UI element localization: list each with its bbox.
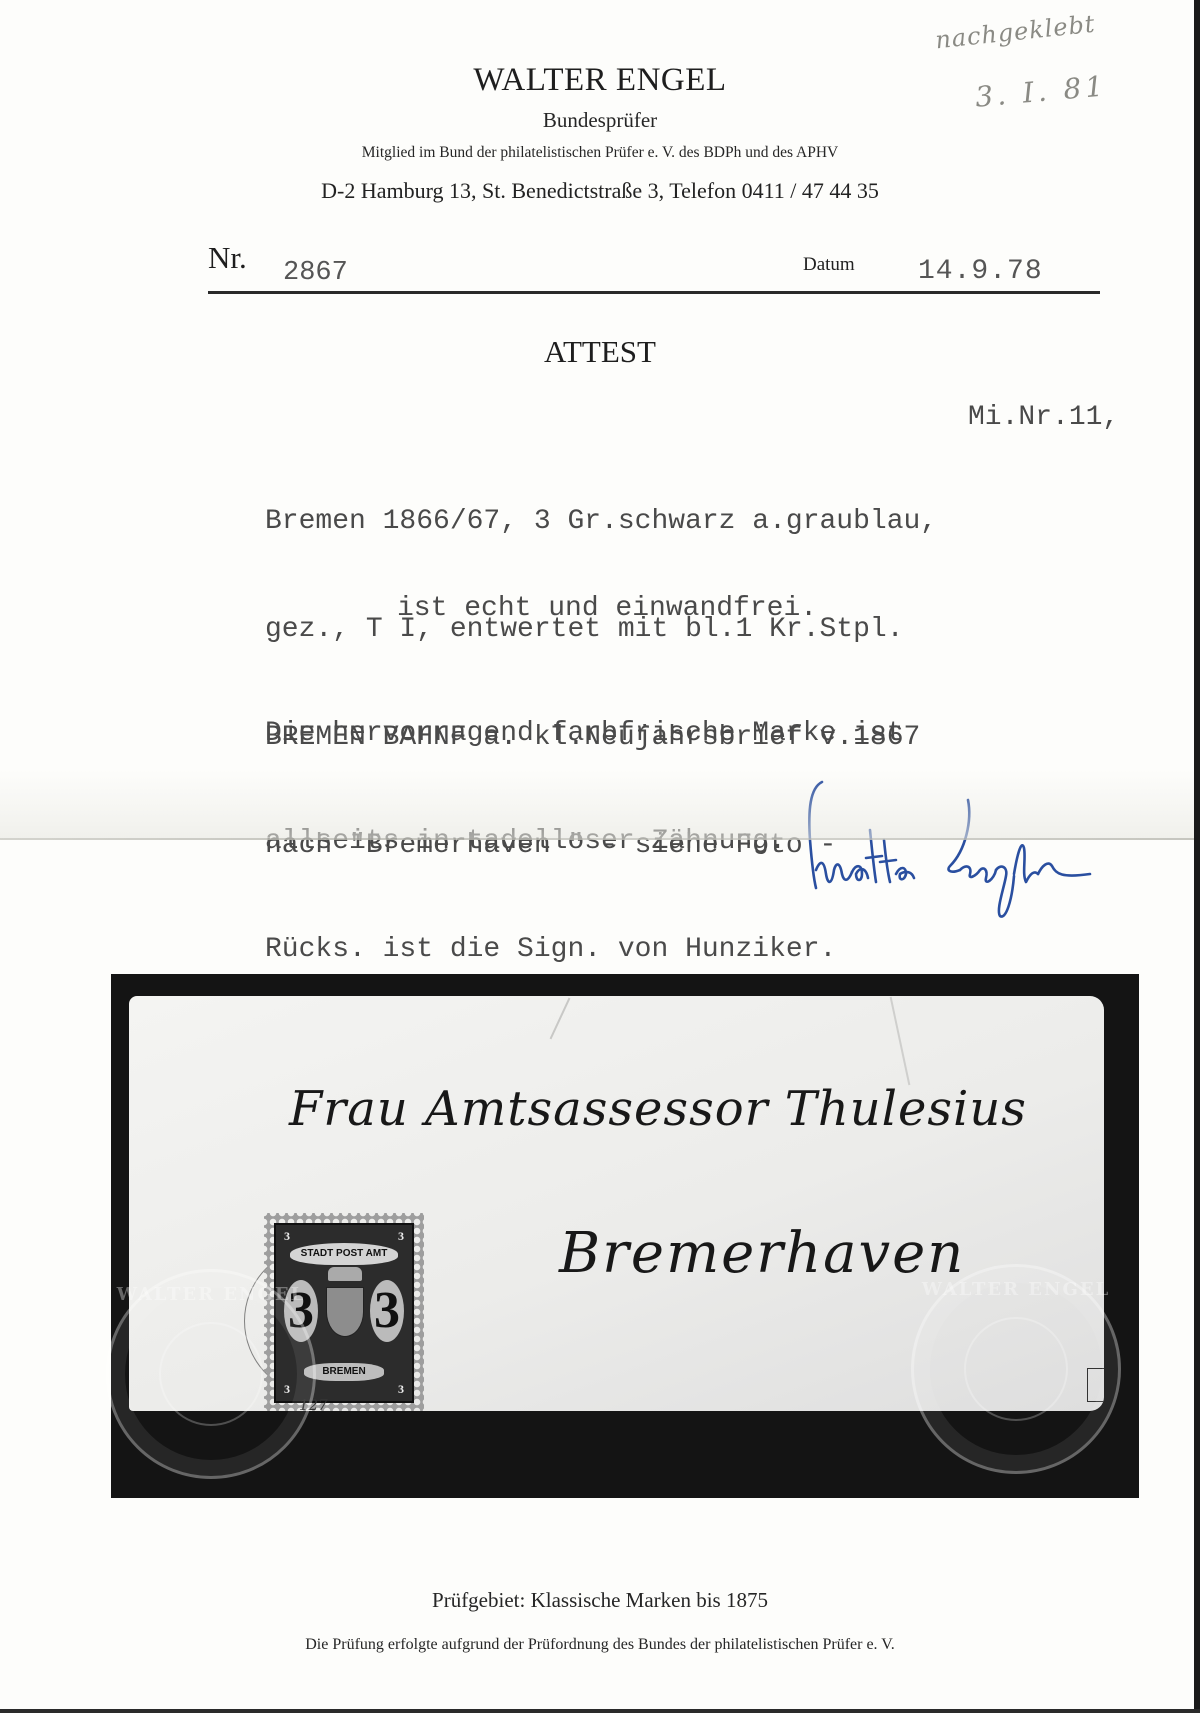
seal-text: WALTER ENGEL — [914, 1279, 1118, 1300]
envelope-crease — [550, 998, 571, 1040]
letterhead-membership: Mitglied im Bund der philatelistischen P… — [0, 144, 1200, 162]
stamp-corner-value: 3 — [398, 1382, 404, 1397]
page-edge — [0, 1709, 1200, 1713]
seal-inner-ring — [964, 1317, 1068, 1421]
divider-rule — [208, 291, 1100, 294]
seal-inner-ring — [159, 1322, 263, 1426]
document-heading: ATTEST — [0, 334, 1200, 370]
address-recipient: Frau Amtsassessor Thulesius — [289, 1081, 1027, 1137]
address-city: Bremerhaven — [559, 1221, 965, 1286]
remarks-line: Rücks. ist die Sign. von Hunziker. — [265, 932, 904, 968]
verdict: ist echt und einwandfrei. — [397, 591, 817, 627]
certificate-date: 14.9.78 — [918, 256, 1043, 287]
expertise-area: Prüfgebiet: Klassische Marken bis 1875 — [0, 1588, 1200, 1613]
stamp-value: 3 — [370, 1280, 404, 1342]
catalog-reference: Mi.Nr.11, — [968, 400, 1119, 436]
crown-icon — [328, 1267, 362, 1281]
stamp-corner-value: 3 — [284, 1229, 290, 1244]
certificate-number-label: Nr. — [208, 240, 247, 276]
key-shield-icon — [326, 1287, 364, 1337]
cover-photo: Frau Amtsassessor Thulesius Bremerhaven … — [111, 974, 1139, 1498]
date-label: Datum — [803, 254, 855, 276]
stamp-corner-value: 3 — [398, 1229, 404, 1244]
footer-note: Die Prüfung erfolgte aufgrund der Prüfor… — [0, 1636, 1200, 1654]
pencil-annotation: nachgeklebt — [934, 10, 1097, 55]
letterhead-title: Bundesprüfer — [0, 108, 1200, 133]
remarks-line: Die hervorragend farbfrische Marke ist — [265, 716, 904, 752]
paper-fold-line — [0, 838, 1194, 840]
seal-text: WALTER ENGEL — [109, 1284, 313, 1305]
page-edge — [1194, 0, 1200, 1713]
embossed-seal-icon: WALTER ENGEL — [911, 1264, 1121, 1474]
stamp-bottom-banner: BREMEN — [304, 1363, 384, 1381]
description-line: Bremen 1866/67, 3 Gr.schwarz a.graublau, — [265, 504, 937, 540]
embossed-seal-icon: WALTER ENGEL — [106, 1269, 316, 1479]
paper-fold-shadow — [0, 770, 1194, 838]
envelope-crease — [890, 997, 911, 1085]
certificate-number: 2867 — [283, 258, 348, 288]
letterhead-address: D-2 Hamburg 13, St. Benedictstraße 3, Te… — [0, 178, 1200, 204]
stamp-top-banner: STADT POST AMT — [290, 1243, 398, 1265]
